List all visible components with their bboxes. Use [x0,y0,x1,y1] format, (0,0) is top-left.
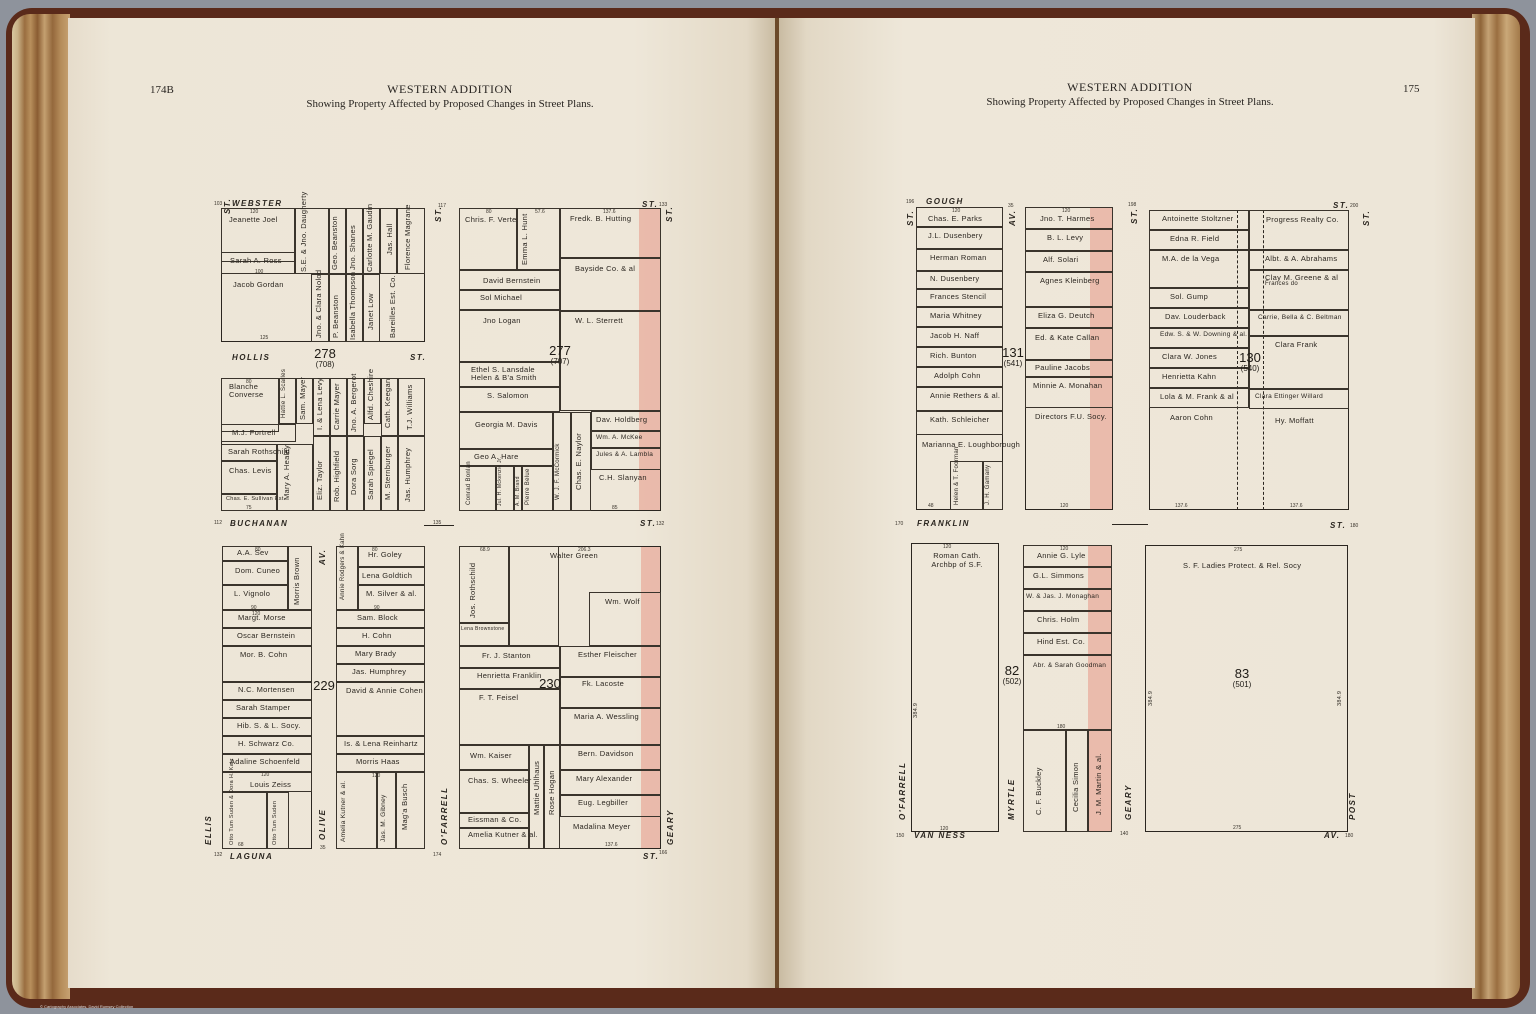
owner-label: Chas. Levis [229,466,272,475]
owner-label: Is. & Lena Reinhartz [344,739,418,748]
dimension: 125 [260,335,268,341]
owner-label: Minnie A. Monahan [1033,381,1102,390]
owner-label: J.L. Dusenbery [928,231,983,240]
dimension: 120 [250,209,258,215]
owner-label: Sarah Spiegel [366,449,375,500]
street-geary: GEARY [666,809,675,845]
owner-label: Edna R. Field [1170,234,1219,243]
owner-label: Alf. Solari [1043,255,1078,264]
owner-label: M.A. de la Vega [1162,254,1219,263]
owner-label: Jos. Rothschild [468,563,477,618]
dimension: 120 [943,544,951,550]
owner-label: Sol. Gump [1170,292,1208,301]
owner-label: Wm. Kaiser [470,751,512,760]
owner-label: David & Annie Cohen [346,686,423,695]
owner-label: Clara W. Jones [1162,352,1217,361]
owner-label: Otto Tum Suden & Dora H. Katz [229,758,235,845]
dimension: 48 [928,503,934,509]
owner-label: Jules & A. Lambla [596,451,653,458]
owner-label: Mattie Uhlhaus [532,761,541,815]
owner-label: Agnes Kleinberg [1040,276,1100,285]
block-number-278: 278(708) [305,348,345,370]
street-van-ness: VAN NESS [914,831,966,840]
street-st: ST. [223,198,232,214]
owner-label: Jno Logan [483,316,521,325]
page-edges-right [1472,14,1520,999]
owner-label: L. Vignolo [234,589,270,598]
owner-label: Georgia M. Davis [475,420,538,429]
owner-label: Chas. E. Parks [928,214,982,223]
owner-label: Pierre Belue [525,468,531,505]
right-page-title: WESTERN ADDITION [980,80,1280,95]
left-page-number: 174B [150,84,174,96]
owner-label: Ed. & Kate Callan [1035,333,1099,342]
owner-label: N. Dusenbery [930,274,979,283]
block-number-131: 131(541) [1001,347,1025,369]
owner-label: Cath. Keegan [383,379,392,428]
right-page-number: 175 [1403,83,1420,95]
owner-label: Jno. & Clara Nolod [314,270,323,338]
owner-label: Aaron Cohn [1170,413,1213,422]
street-st: ST. [434,206,443,222]
owner-label: Mary A. Healey [282,445,291,500]
owner-label: Maria Whitney [930,311,982,320]
owner-label: Lena Brownstone [461,626,504,632]
dimension: 85 [612,505,618,511]
street-buchanan: BUCHANAN [230,519,288,528]
owner-label: Edw. S. & W. Downing & al. [1160,331,1247,338]
dimension: 137.6 [603,209,616,215]
dimension: 57.6 [535,209,545,215]
owner-label: Frances Stencil [930,292,986,301]
street-av: AV. [1324,831,1341,840]
street-olive: OLIVE [318,808,327,840]
lot [267,792,289,849]
owner-label: Jul. H. Mckenzie Jr. [497,457,503,506]
owner-label: David Bernstein [483,276,540,285]
block-number-83: 83(501) [1225,668,1259,690]
owner-label: Louis Zeiss [250,780,291,789]
owner-label: I. & Lena Levy [315,378,324,430]
owner-label: W. J. F. McCormick [555,443,561,500]
lot [459,412,553,449]
street-st: ST. [665,206,674,222]
owner-label: J. H. Gamany [985,465,991,505]
owner-label: S.E. & Jno. Daugherty [299,191,308,272]
owner-label: Amelia Kutner & al. [468,830,538,839]
street-post: POST [1348,792,1357,820]
owner-label: Clara Frank [1275,340,1317,349]
dimension: 137.6 [1290,503,1303,509]
owner-label: Herman Roman [930,253,987,262]
owner-label: J. M. Martin & al. [1094,753,1103,815]
owner-label: Annie Rodgers & Kahn [340,533,346,600]
owner-label: Carrie Mayer [332,383,341,430]
street-st: ST. [1330,521,1346,530]
street-laguna: LAGUNA [230,852,273,861]
owner-label: Chris. Holm [1037,615,1079,624]
owner-label: Pauline Jacobs [1035,363,1090,372]
owner-label: Lena Goldtich [362,571,412,580]
owner-label: Jas. Humphrey [403,448,412,502]
dimension: 137.6 [1175,503,1188,509]
owner-label: Hib. S. & L. Socy. [237,721,301,730]
street-franklin: FRANKLIN [917,519,970,528]
owner-label: Chas. E. Naylor [574,433,583,490]
owner-label: Fredk. B. Hutting [570,214,631,223]
owner-label: Morris Haas [356,757,400,766]
elevation-112: 112 [214,520,222,526]
dimension: 275 [1233,825,1241,831]
right-page-subtitle: Showing Property Affected by Proposed Ch… [940,96,1320,108]
street-hollis: HOLLIS [232,353,270,362]
elevation-180: 180 [1345,833,1353,839]
owner-label: Emma L. Hunt [520,213,529,265]
street-ellis: ELLIS [204,815,213,845]
elevation-150: 150 [896,833,904,839]
owner-label: Hattie L. Scarles [281,369,287,418]
owner-label: Bern. Davidson [578,749,633,758]
owner-label: Eliza G. Deutch [1038,311,1095,320]
owner-label: Blanche Converse [229,383,279,399]
dimension: 120 [372,773,380,779]
owner-label: A. M. Brand [515,476,521,506]
owner-label: Dora Sorg [349,458,358,495]
owner-label: Rob. Highfield [332,451,341,502]
elevation-196: 196 [906,199,914,205]
dimension: 120 [1060,546,1068,552]
street-myrtle: MYRTLE [1007,778,1016,820]
owner-label: Annie Rethers & al. [930,391,1000,400]
block-number-230: 230 [535,678,565,689]
owner-label: Sarah Stamper [236,703,290,712]
grade-marker [424,525,454,526]
street-st: ST. [1333,201,1349,210]
owner-label: Wm. Wolf [605,597,640,606]
owner-label: B. L. Levy [1047,233,1083,242]
owner-label: Madalina Meyer [573,822,631,831]
owner-label: Margt. Morse [238,613,286,622]
dimension: 120 [1060,503,1068,509]
owner-label: Eliz. Taylor [315,460,324,500]
owner-label: Mag'a Busch [400,784,409,830]
owner-label: Marianna E. Loughborough [922,440,1020,449]
owner-label: F. T. Feisel [479,693,518,702]
owner-label: Abr. & Sarah Goodman [1033,662,1106,669]
owner-label: S. Salomon [487,391,529,400]
owner-label: Directors F.U. Socy. [1035,412,1107,421]
owner-label: M.J. Fortrell [232,428,275,437]
dimension: 68 [238,842,244,848]
left-page-subtitle: Showing Property Affected by Proposed Ch… [260,98,640,110]
footer-credit: © Cartography Associates, David Rumsey C… [40,1004,133,1009]
owner-label: Jno. T. Harmes [1040,214,1095,223]
street-ofarrell: O'FARRELL [440,786,449,845]
elevation-103: 103 [214,201,222,207]
owner-label: Hind Est. Co. [1037,637,1085,646]
dimension: 90 [374,605,380,611]
block-number-130: 130(540) [1235,352,1265,374]
owner-label: Sam. Block [357,613,398,622]
owner-label: Chas. S. Wheeler [468,776,532,785]
street-gough: GOUGH [926,197,964,206]
lot [509,546,559,646]
street-st: ST. [643,852,659,861]
owner-label: Jas. Hall [385,224,394,255]
owner-label: Annie G. Lyle [1037,551,1086,560]
owner-label: Albt. & A. Abrahams [1265,254,1337,263]
dimension: 100 [255,269,263,275]
dimension: 384.9 [1148,691,1154,706]
owner-label: M. Sternburger [383,446,392,500]
elevation-140: 140 [1120,831,1128,837]
grade-marker [1112,524,1148,525]
owner-label: Kath. Schleicher [930,415,989,424]
owner-label: W. & Jas. J. Monaghan [1026,593,1099,600]
owner-label: Alfd. Cheshire [366,369,375,420]
owner-label: Amelia Kutner & al. [340,781,347,842]
owner-label: W. L. Sterrett [575,316,623,325]
owner-label: Rich. Bunton [930,351,977,360]
owner-label: Sarah A. Ross [230,256,282,265]
owner-label: Sam. Mayer [298,377,307,420]
page-edges-left [12,14,70,999]
owner-label: Sol Michael [480,293,522,302]
owner-label: Fr. J. Stanton [482,651,531,660]
owner-label: Jas. Humphrey [352,667,406,676]
owner-label: Lola & M. Frank & al [1160,392,1234,401]
dimension: 120 [952,208,960,214]
owner-label: Helen & T. Foorman [954,446,960,505]
street-av: AV. [318,548,327,565]
street-webster: WEBSTER [232,199,283,208]
dimension: 80 [486,209,492,215]
owner-label: Antoinette Stoltzner [1162,214,1233,223]
owner-label: C. F. Buckley [1034,767,1043,815]
owner-label: Chris. F. Verte [465,215,517,224]
owner-label: N.C. Mortensen [238,685,295,694]
elevation-132: 132 [214,852,222,858]
owner-label: M. Silver & al. [366,589,417,598]
dimension: 206.3 [578,547,591,553]
owner-label: Mary Brady [355,649,396,658]
elevation-174: 174 [433,852,441,858]
block-number-82: 82(502) [1000,665,1024,687]
owner-label: Cecilia Simon [1071,762,1080,812]
owner-label: Carlotte M. Gaudin [365,204,374,272]
owner-label: Morris Brown [292,557,301,605]
owner-label: Bareilles Est. Co. [388,275,397,338]
owner-label: Clara Ettinger Willard [1255,393,1323,400]
owner-label: Isabella Thompson [348,272,357,340]
owner-label: Conrad Bonlan [466,461,472,505]
lot [1023,730,1066,832]
owner-label: Janet Low [366,293,375,330]
owner-label: Jacob Gordan [233,280,284,289]
street-st: ST. [1362,210,1371,226]
owner-label: Dom. Cuneo [235,566,280,575]
owner-label: H. Cohn [362,631,392,640]
elevation-166: 166 [659,850,667,856]
owner-label: Otto Tum Suden [272,801,278,845]
owner-label: Jno. A. Bergerot [349,373,358,432]
street-ofarrell: O'FARRELL [898,761,907,820]
owner-label: Mary Alexander [576,774,632,783]
owner-label: Henrietta Franklin [477,671,542,680]
elevation-132: 132 [656,521,664,527]
owner-label: Adolph Cohn [934,371,981,380]
owner-label: Oscar Bernstein [237,631,295,640]
elevation-35: 35 [320,845,326,851]
lot [459,466,496,511]
owner-label: Jeanette Joel [229,215,278,224]
owner-label: Frances do [1265,281,1298,287]
elevation-200: 200 [1350,203,1358,209]
street-st: ST. [410,353,426,362]
dimension: 80 [372,547,378,553]
dimension: 120 [261,772,269,778]
street-st: ST. [906,210,915,226]
dimension: 120 [252,611,260,617]
left-page-title: WESTERN ADDITION [300,82,600,97]
dimension: 137.6 [605,842,618,848]
owner-label: P. Beanston [331,295,340,338]
owner-label: Jno. Shanes [348,225,357,270]
owner-label: Bayside Co. & al [575,264,635,273]
dimension: 80 [255,547,261,553]
owner-label: Maria A. Wessling [574,712,639,721]
dimension: 80 [246,379,252,385]
dimension: 384.9 [913,703,919,718]
owner-label: Progress Realty Co. [1266,215,1339,224]
owner-label: A.A. Sev [237,548,269,557]
owner-label: Wm. A. McKee [596,434,643,441]
block-outline [911,543,999,832]
block-number-229: 229 [310,680,338,691]
owner-label: Florence Magrane [403,204,412,270]
elevation-180: 180 [1350,523,1358,529]
dimension: 180 [1057,724,1065,730]
owner-label: H. Schwarz Co. [238,739,294,748]
owner-label: Adaline Schoenfeld [230,757,300,766]
owner-label: Dav. Louderback [1165,312,1226,321]
owner-label: Fk. Lacoste [582,679,624,688]
lot [459,546,509,623]
owner-label: Mor. B. Cohn [240,650,287,659]
owner-label: S. F. Ladies Protect. & Rel. Socy [1183,561,1301,570]
elevation-170: 170 [895,521,903,527]
owner-label: T.J. Williams [405,384,414,430]
right-page [779,18,1475,988]
owner-label: C.H. Slanyan [599,473,647,482]
street-st: ST. [640,519,656,528]
dimension: 75 [246,505,252,511]
street-geary: GEARY [1124,784,1133,820]
owner-label: Dav. Holdberg [596,415,647,424]
owner-label: Carrie, Bella & C. Beltman [1258,314,1342,321]
owner-label: Esther Fleischer [578,650,637,659]
owner-label: Helen & B'a Smith [471,373,537,382]
owner-label: Roman Cath. Archbp of S.F. [922,551,992,569]
street-av: AV. [1008,209,1017,226]
dimension: 68.9 [480,547,490,553]
dimension: 384.9 [1337,691,1343,706]
dimension: 120 [1062,208,1070,214]
owner-label: Eissman & Co. [468,815,522,824]
owner-label: Geo. Beanston [330,216,339,270]
owner-label: Jas. M. Gibney [380,794,387,842]
owner-label: Rose Hogan [547,770,556,815]
street-st: ST. [1130,208,1139,224]
owner-label: G.L. Simmons [1033,571,1084,580]
owner-label: Hy. Moffatt [1275,416,1314,425]
dimension: 275 [1234,547,1242,553]
owner-label: Eug. Legbiller [578,798,628,807]
owner-label: Henrietta Kahn [1162,372,1216,381]
owner-label: Jacob H. Naff [930,331,979,340]
